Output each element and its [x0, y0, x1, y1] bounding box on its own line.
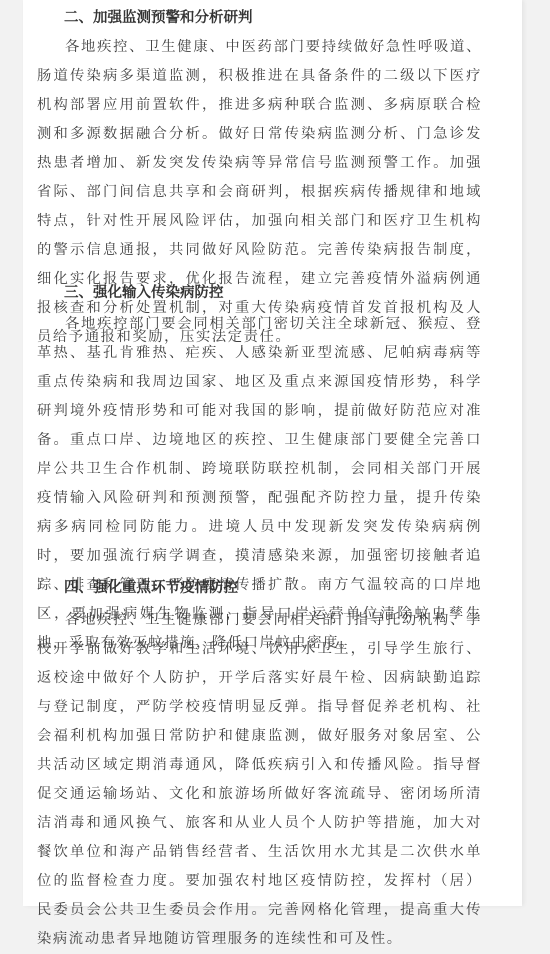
section-body-monitoring: 各地疾控、卫生健康、中医药部门要持续做好急性呼吸道、肠道传染病多渠道监测，积极推… — [37, 33, 482, 352]
section-heading-imported-diseases: 三、强化输入传染病防控 — [37, 283, 224, 303]
section-heading-key-settings: 四、强化重点环节疫情防控 — [37, 578, 238, 598]
section-heading-monitoring: 二、加强监测预警和分析研判 — [37, 8, 253, 28]
section-body-key-settings: 各地疾控、卫生健康部门要会同相关部门指导托幼机构、学校开学前做好教学和生活环境、… — [37, 606, 482, 906]
